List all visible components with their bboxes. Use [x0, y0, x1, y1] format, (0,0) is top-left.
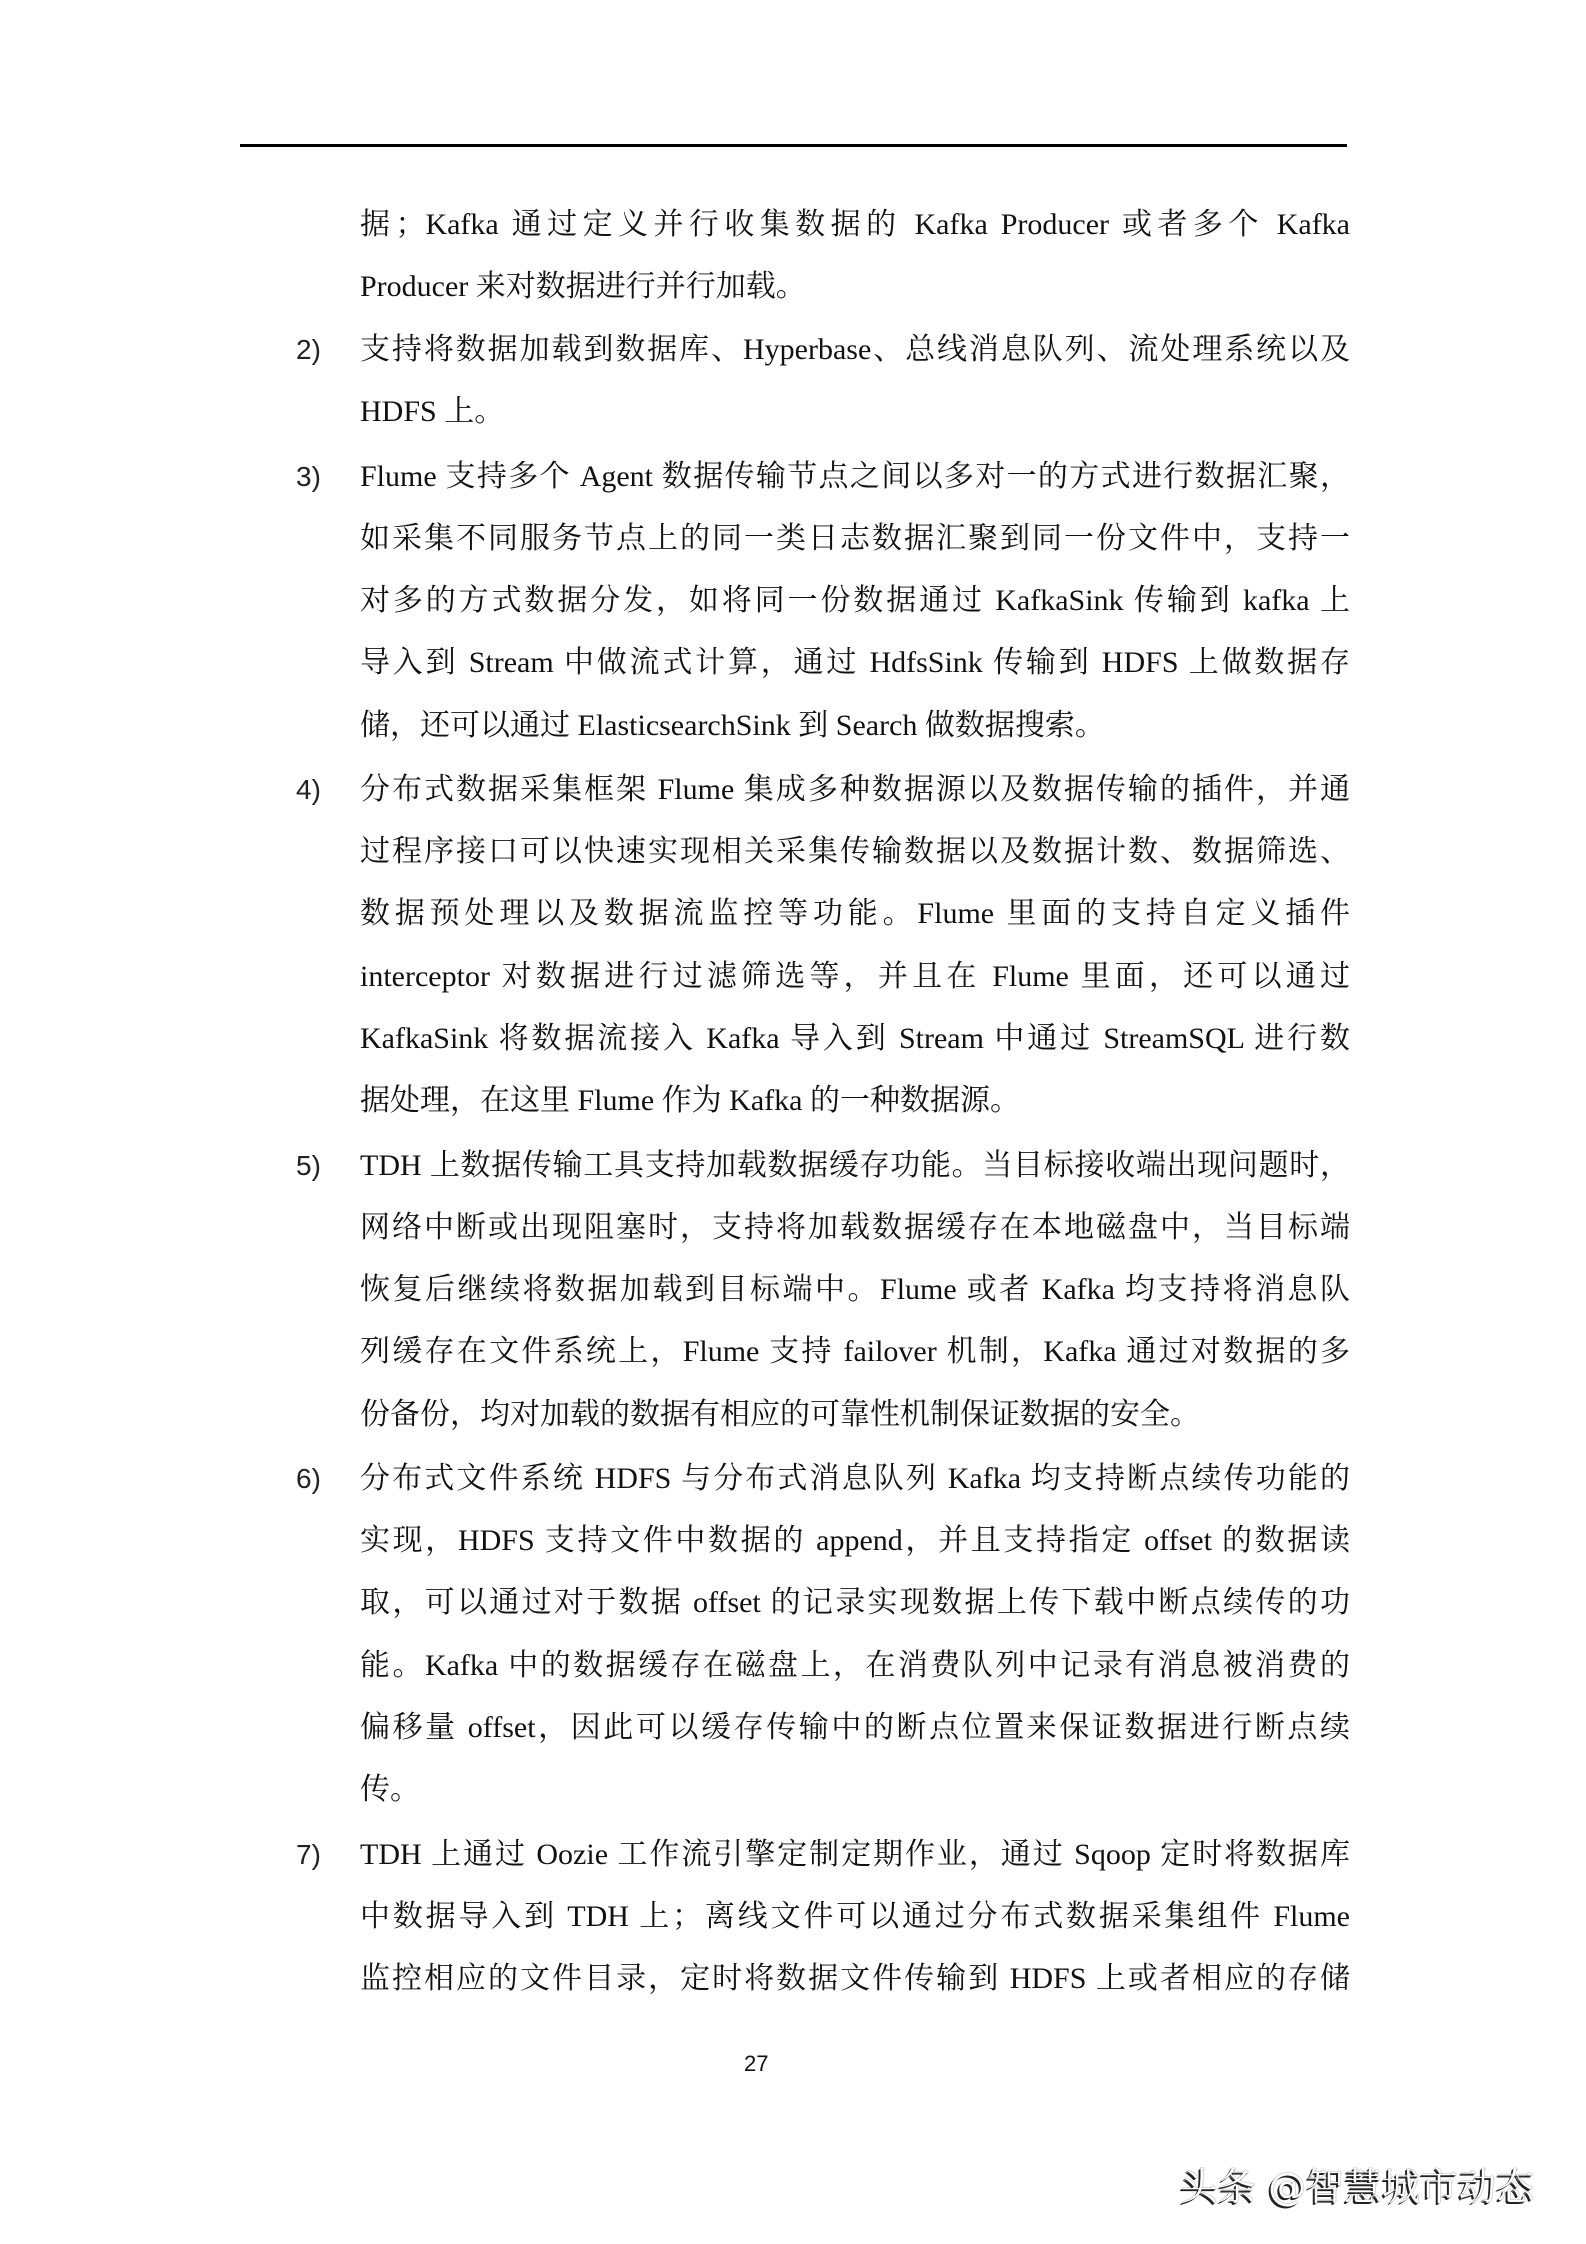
list-item-line: Flume 支持多个 Agent 数据传输节点之间以多对一的方式进行数据汇聚，	[360, 455, 1350, 499]
list-item-line: HDFS 上。	[360, 390, 1350, 434]
list-item-line: 偏移量 offset，因此可以缓存传输中的断点位置来保证数据进行断点续	[360, 1706, 1350, 1750]
watermark: 头条 @智慧城市动态	[1180, 2162, 1534, 2212]
list-item-line: TDH 上数据传输工具支持加载数据缓存功能。当目标接收端出现问题时，	[360, 1144, 1350, 1188]
list-item-line: 据处理，在这里 Flume 作为 Kafka 的一种数据源。	[360, 1079, 1350, 1123]
page-number: 27	[744, 2050, 768, 2078]
list-item-line: 监控相应的文件目录，定时将数据文件传输到 HDFS 上或者相应的存储	[360, 1957, 1350, 2001]
list-item-line: interceptor 对数据进行过滤筛选等，并且在 Flume 里面，还可以通…	[360, 955, 1350, 999]
list-item-line: KafkaSink 将数据流接入 Kafka 导入到 Stream 中通过 St…	[360, 1017, 1350, 1061]
list-item-line: 分布式数据采集框架 Flume 集成多种数据源以及数据传输的插件，并通	[360, 768, 1350, 812]
header-rule	[240, 144, 1347, 147]
list-number: 2)	[296, 328, 321, 372]
list-item-line: 储，还可以通过 ElasticsearchSink 到 Search 做数据搜索…	[360, 704, 1350, 748]
list-number: 5)	[296, 1144, 321, 1188]
list-item-line: 分布式文件系统 HDFS 与分布式消息队列 Kafka 均支持断点续传功能的	[360, 1457, 1350, 1501]
list-item-line: 过程序接口可以快速实现相关采集传输数据以及数据计数、数据筛选、	[360, 830, 1350, 874]
list-item-line: 列缓存在文件系统上，Flume 支持 failover 机制，Kafka 通过对…	[360, 1330, 1350, 1374]
list-item-line: 导入到 Stream 中做流式计算，通过 HdfsSink 传输到 HDFS 上…	[360, 641, 1350, 685]
list-item-line: 取，可以通过对于数据 offset 的记录实现数据上传下载中断点续传的功	[360, 1581, 1350, 1625]
list-item-line: 传。	[360, 1768, 1350, 1812]
list-number: 6)	[296, 1457, 321, 1501]
list-item-line: 恢复后继续将数据加载到目标端中。Flume 或者 Kafka 均支持将消息队	[360, 1268, 1350, 1312]
list-item-line: 中数据导入到 TDH 上；离线文件可以通过分布式数据采集组件 Flume	[360, 1895, 1350, 1939]
document-page: 据；Kafka 通过定义并行收集数据的 Kafka Producer 或者多个 …	[0, 0, 1586, 2244]
continuation-line: 据；Kafka 通过定义并行收集数据的 Kafka Producer 或者多个 …	[360, 203, 1350, 247]
list-item-line: 能。Kafka 中的数据缓存在磁盘上，在消费队列中记录有消息被消费的	[360, 1644, 1350, 1688]
list-item-line: 支持将数据加载到数据库、Hyperbase、总线消息队列、流处理系统以及	[360, 328, 1350, 372]
list-number: 3)	[296, 455, 321, 499]
list-item-line: 网络中断或出现阻塞时，支持将加载数据缓存在本地磁盘中，当目标端	[360, 1206, 1350, 1250]
list-item-line: 份备份，均对加载的数据有相应的可靠性机制保证数据的安全。	[360, 1393, 1350, 1437]
list-number: 4)	[296, 768, 321, 812]
list-item-line: 数据预处理以及数据流监控等功能。Flume 里面的支持自定义插件	[360, 892, 1350, 936]
list-item-line: 如采集不同服务节点上的同一类日志数据汇聚到同一份文件中，支持一	[360, 517, 1350, 561]
continuation-line: Producer 来对数据进行并行加载。	[360, 265, 1350, 309]
list-item-line: 实现，HDFS 支持文件中数据的 append，并且支持指定 offset 的数…	[360, 1519, 1350, 1563]
list-item-line: TDH 上通过 Oozie 工作流引擎定制定期作业，通过 Sqoop 定时将数据…	[360, 1833, 1350, 1877]
list-number: 7)	[296, 1833, 321, 1877]
list-item-line: 对多的方式数据分发，如将同一份数据通过 KafkaSink 传输到 kafka …	[360, 579, 1350, 623]
